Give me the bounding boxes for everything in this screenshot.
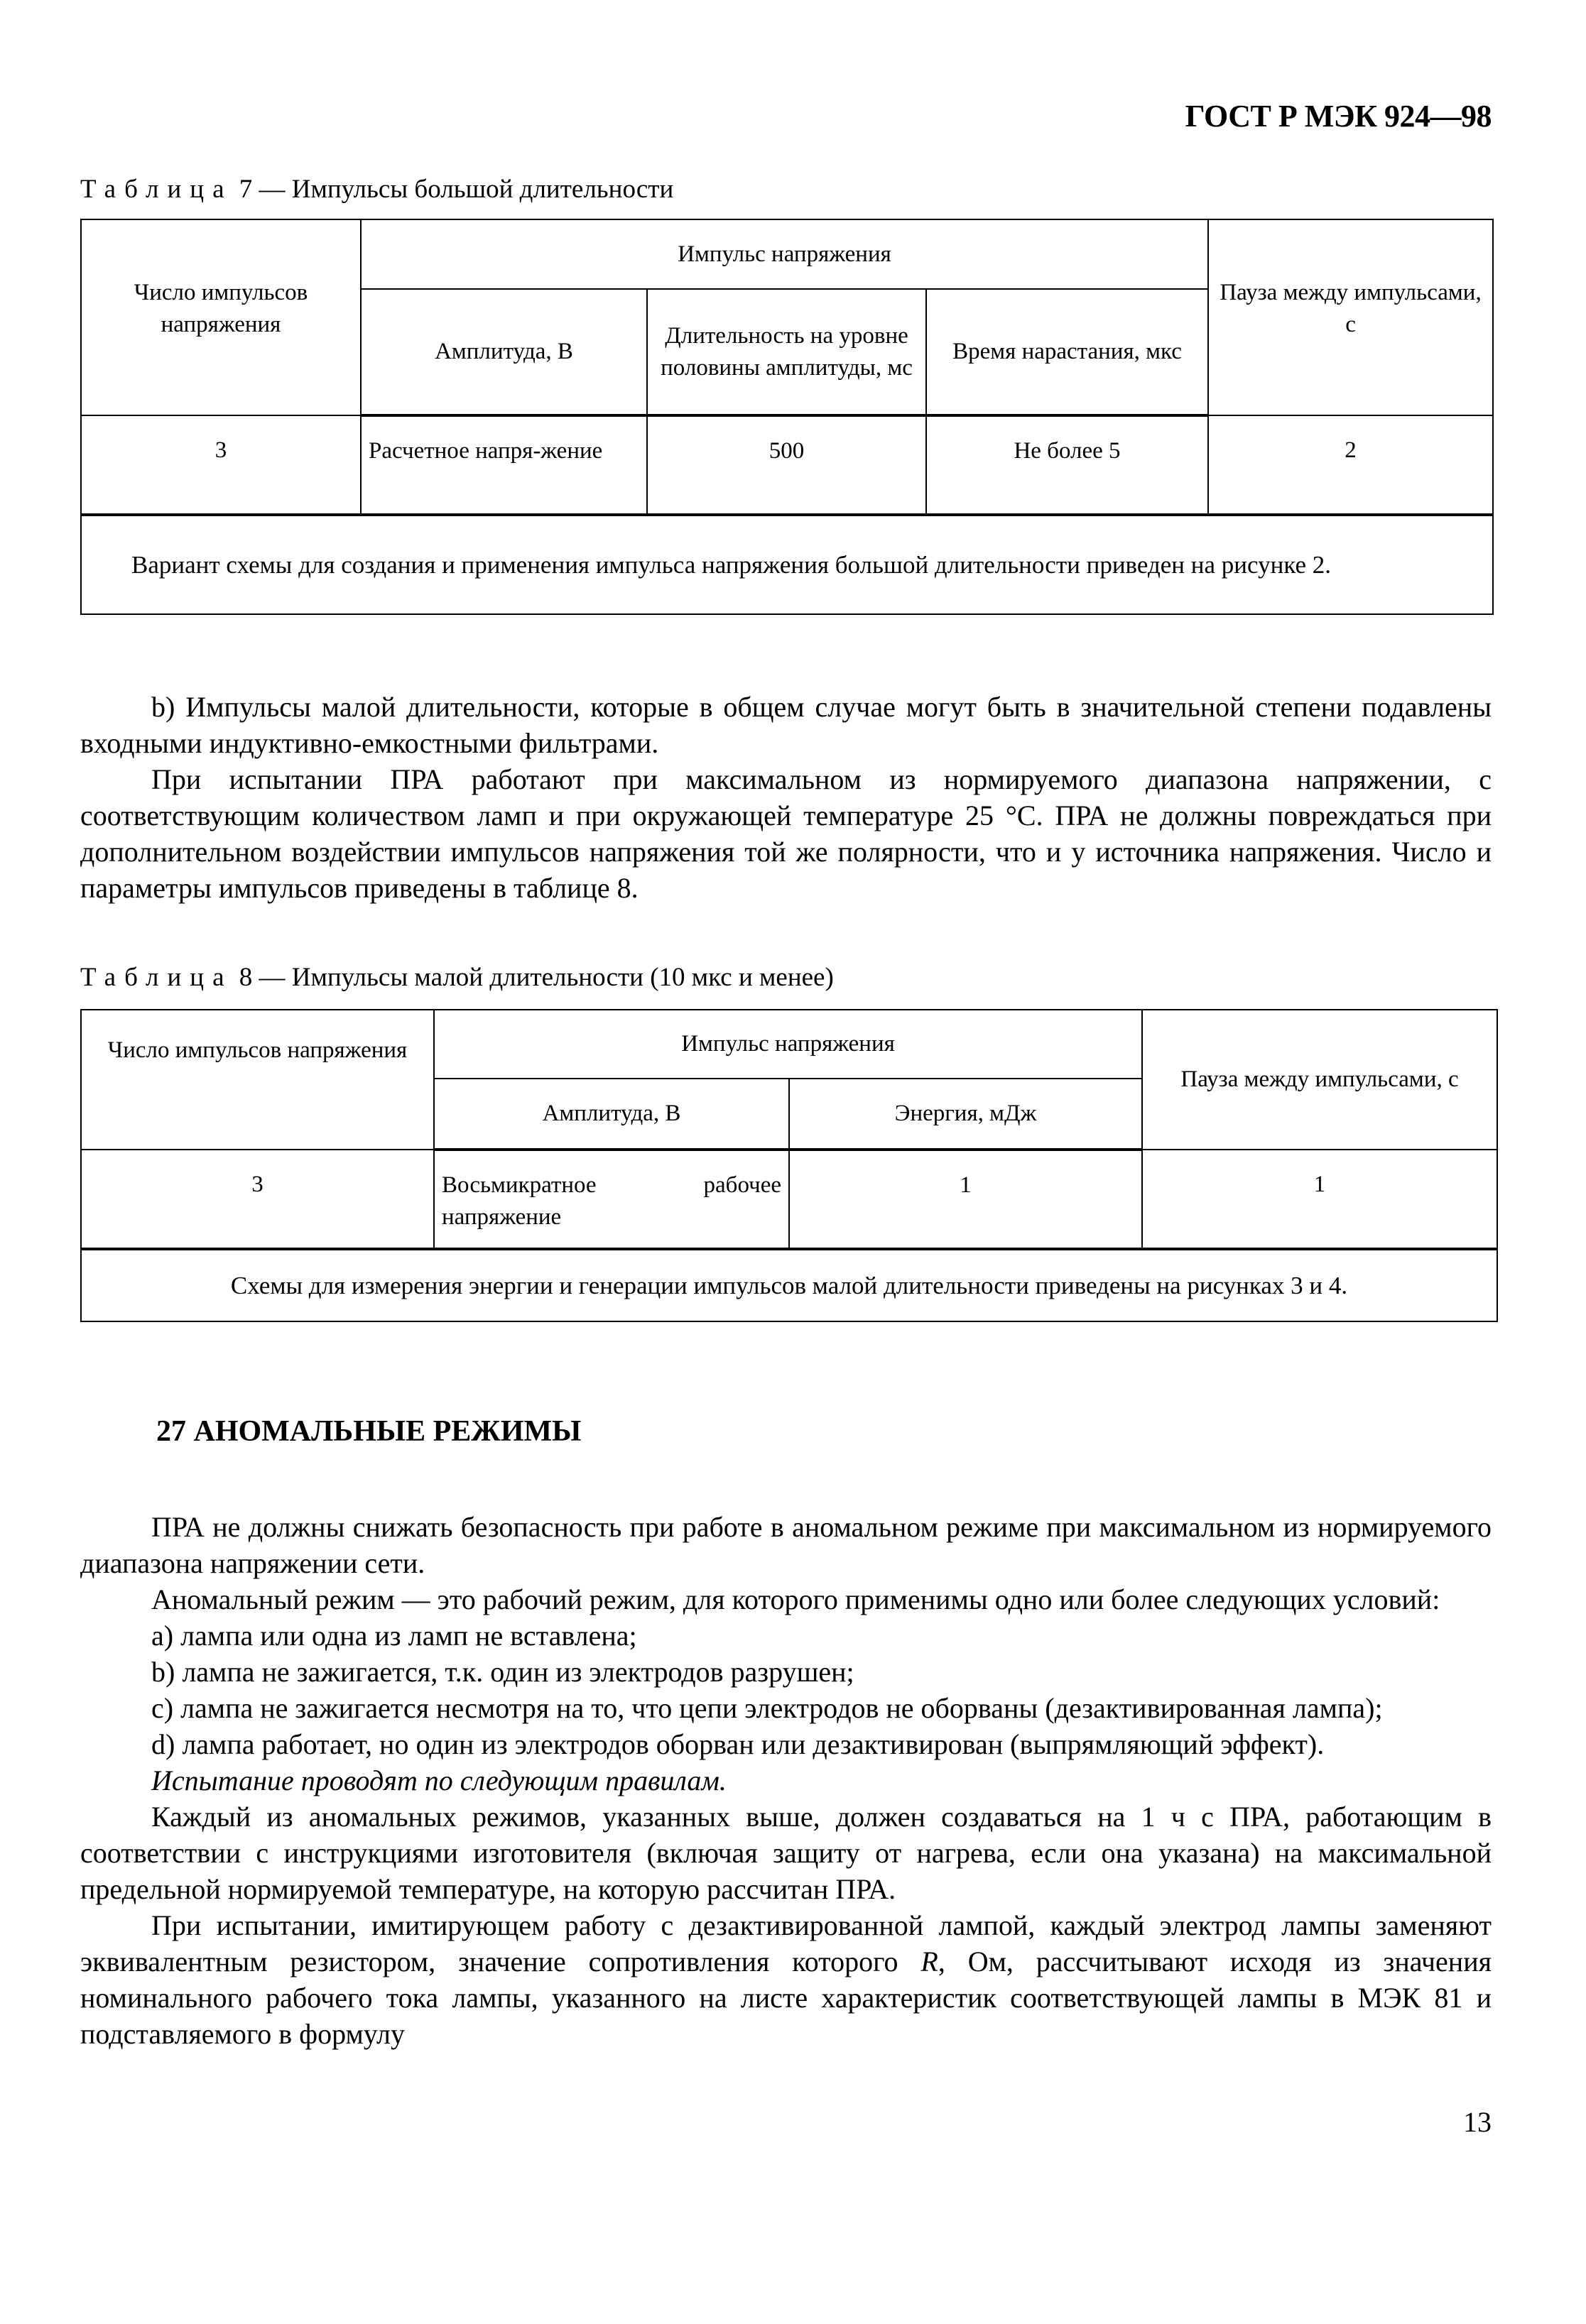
table7-header-pause: Пауза между импульсами, с [1208,219,1493,415]
condition-item: b) лампа не зажигается, т.к. один из эле… [80,1654,1492,1690]
table7-caption-prefix: Таблица [80,175,233,204]
table-row: 3 Расчетное напря-жение 500 Не более 5 2 [81,415,1493,515]
resistor-paragraph: При испытании, имитирующем работу с деза… [80,1907,1492,2052]
table7-note-text: Вариант схемы для создания и применения … [131,551,1331,579]
table7-header-duration: Длительность на уровне половины амплитуд… [647,289,926,415]
section-heading: 27 АНОМАЛЬНЫЕ РЕЖИМЫ [156,1414,581,1449]
table7-cell-rise-time: Не более 5 [926,415,1208,515]
section-b-text: b) Импульсы малой длительности, которые … [80,689,1492,906]
table8-cell-amplitude: Восьмикратное рабочее напряжение [434,1150,789,1249]
table7-header-rise-time: Время нарастания, мкс [926,289,1208,415]
section-b-paragraph: b) Импульсы малой длительности, которые … [80,689,1492,761]
table7-cell-pause: 2 [1208,415,1493,515]
intro-paragraph: Аномальный режим — это рабочий режим, дл… [80,1581,1492,1617]
resistance-symbol: R [920,1946,938,1977]
table8-cell-pause: 1 [1142,1150,1497,1249]
table8-header-count: Число импульсов напряжения [81,1010,434,1150]
section-b-paragraph: При испытании ПРА работают при максималь… [80,761,1492,906]
table8-caption: Таблица 8 — Импульсы малой длительности … [80,962,834,993]
table8-header-pulse: Импульс напряжения [434,1010,1142,1079]
condition-item: d) лампа работает, но один из электродов… [80,1726,1492,1762]
table8-note: Схемы для измерения энергии и генерации … [81,1249,1497,1321]
condition-item: c) лампа не зажигается несмотря на то, ч… [80,1690,1492,1726]
table7-cell-duration: 500 [647,415,926,515]
section27-text: ПРА не должны снижать безопасность при р… [80,1509,1492,2052]
table7: Число импульсов напряжения Импульс напря… [80,219,1494,615]
table7-cell-count: 3 [81,415,361,515]
table8-cell-count: 3 [81,1150,434,1249]
table7-header-count: Число импульсов напряжения [81,219,361,415]
rule-paragraph: Каждый из аномальных режимов, указанных … [80,1799,1492,1907]
document-code: ГОСТ Р МЭК 924—98 [1185,98,1492,134]
table8-header-energy: Энергия, мДж [789,1079,1142,1150]
table8-caption-title: 8 — Импульсы малой длительности (10 мкс … [233,963,834,992]
table-row: 3 Восьмикратное рабочее напряжение 1 1 [81,1150,1497,1249]
intro-paragraph: ПРА не должны снижать безопасность при р… [80,1509,1492,1581]
rules-title: Испытание проводят по следующим правилам… [80,1762,1492,1799]
condition-item: a) лампа или одна из ламп не вставлена; [80,1617,1492,1654]
table7-note: Вариант схемы для создания и применения … [81,515,1493,614]
table7-caption-title: 7 — Импульсы большой длительности [233,175,674,204]
table7-header-amplitude: Амплитуда, В [361,289,647,415]
table7-header-pulse: Импульс напряжения [361,219,1208,289]
table7-caption: Таблица 7 — Импульсы большой длительност… [80,174,673,204]
page-number: 13 [1463,2105,1492,2139]
table7-cell-amplitude: Расчетное напря-жение [361,415,647,515]
table8-cell-energy: 1 [789,1150,1142,1249]
table8-header-amplitude: Амплитуда, В [434,1079,789,1150]
table8-header-pause: Пауза между импульсами, с [1142,1010,1497,1150]
table8: Число импульсов напряжения Импульс напря… [80,1009,1498,1322]
table8-caption-prefix: Таблица [80,963,233,992]
